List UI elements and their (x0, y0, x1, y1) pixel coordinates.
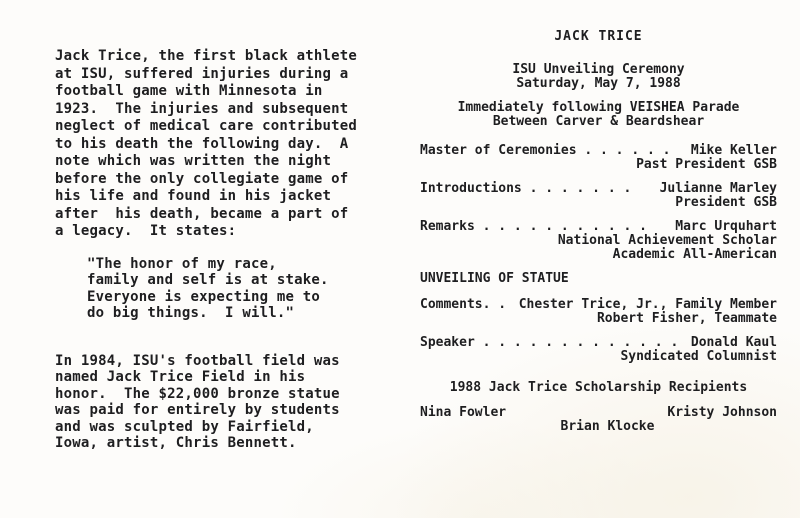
parade-note: Immediately following VEISHEA ParadeBetw… (420, 101, 777, 129)
dot-leader: . . . . . . . (522, 182, 632, 196)
text-line: President GSB (420, 196, 777, 210)
text-line: Immediately following VEISHEA Parade (420, 101, 777, 115)
entry-line: Comments. . Chester Trice, Jr., Family M… (420, 298, 777, 312)
text-line: named Jack Trice Field in his (55, 369, 403, 386)
entry-subtitles: Robert Fisher, Teammate (420, 312, 777, 326)
text-line: honor. The $22,000 bronze statue (55, 386, 403, 403)
recipient-name-center: Brian Klocke (420, 420, 777, 434)
section-heading-unveiling: UNVEILING OF STATUE (420, 272, 777, 286)
program-entry-remarks: Remarks . . . . . . . . . . . Marc Urquh… (420, 220, 777, 262)
entry-name: Donald Kaul (683, 336, 777, 350)
text-line: National Achievement Scholar (420, 234, 777, 248)
intro-paragraph: Jack Trice, the first black athleteat IS… (55, 48, 403, 241)
text-line: neglect of medical care contributed (55, 118, 403, 136)
text-line: and was sculpted by Fairfield, (55, 419, 403, 436)
text-line: football game with Minnesota in (55, 83, 403, 101)
text-line: his life and found in his jacket (55, 188, 403, 206)
text-line: Robert Fisher, Teammate (420, 312, 777, 326)
entry-subtitles: National Achievement ScholarAcademic All… (420, 234, 777, 262)
entry-subtitles: Past President GSB (420, 158, 777, 172)
text-line: note which was written the night (55, 153, 403, 171)
text-line: Past President GSB (420, 158, 777, 172)
program-entry-comments: Comments. . Chester Trice, Jr., Family M… (420, 298, 777, 326)
text-line: Syndicated Columnist (420, 350, 777, 364)
ceremony-subtitle: ISU Unveiling CeremonySaturday, May 7, 1… (420, 63, 777, 91)
entry-label: Introductions (420, 182, 522, 196)
entry-label: Comments. (420, 298, 490, 312)
text-line: Between Carver & Beardshear (420, 115, 777, 129)
entry-line: Master of Ceremonies . . . . . . Mike Ke… (420, 144, 777, 158)
recipient-name-left: Nina Fowler (420, 406, 506, 420)
text-line: 1923. The injuries and subsequent (55, 101, 403, 119)
text-line: before the only collegiate game of (55, 171, 403, 189)
text-line: family and self is at stake. (87, 272, 403, 289)
entry-label: Speaker (420, 336, 475, 350)
text-line: In 1984, ISU's football field was (55, 353, 403, 370)
text-line: after his death, became a part of (55, 206, 403, 224)
program-title: JACK TRICE (420, 30, 777, 44)
text-line: at ISU, suffered injuries during a (55, 66, 403, 84)
trice-note-quote: "The honor of my race,family and self is… (87, 256, 403, 322)
entry-line: Introductions . . . . . . . Julianne Mar… (420, 182, 777, 196)
text-line: Everyone is expecting me to (87, 289, 403, 306)
scanned-program-page: Jack Trice, the first black athleteat IS… (0, 0, 800, 518)
entry-name: Mike Keller (683, 144, 777, 158)
statue-paragraph: In 1984, ISU's football field wasnamed J… (55, 353, 403, 452)
text-line: to his death the following day. A (55, 136, 403, 154)
entry-name: Julianne Marley (652, 182, 777, 196)
recipients-heading: 1988 Jack Trice Scholarship Recipients (420, 381, 777, 395)
text-line: "The honor of my race, (87, 256, 403, 273)
text-line: Iowa, artist, Chris Bennett. (55, 435, 403, 452)
recipients-row: Nina Fowler Kristy Johnson (420, 406, 777, 420)
text-line: ISU Unveiling Ceremony (420, 63, 777, 77)
entry-name: Chester Trice, Jr., Family Member (511, 298, 777, 312)
text-line: Academic All-American (420, 248, 777, 262)
entry-label: Remarks (420, 220, 475, 234)
dot-leader: . . . . . . (577, 144, 671, 158)
entry-subtitles: President GSB (420, 196, 777, 210)
program-entry-master-of-ceremonies: Master of Ceremonies . . . . . . Mike Ke… (420, 144, 777, 172)
program-entry-introductions: Introductions . . . . . . . Julianne Mar… (420, 182, 777, 210)
text-line: Jack Trice, the first black athlete (55, 48, 403, 66)
dot-leader: . . . . . . . . . . . (475, 220, 647, 234)
entry-name: Marc Urquhart (667, 220, 777, 234)
text-line: do big things. I will." (87, 305, 403, 322)
dot-leader: . . . . . . . . . . . . . (475, 336, 678, 350)
dot-leader: . (490, 298, 506, 312)
entry-line: Speaker . . . . . . . . . . . . . Donald… (420, 336, 777, 350)
entry-subtitles: Syndicated Columnist (420, 350, 777, 364)
entry-label: Master of Ceremonies (420, 144, 577, 158)
right-column: JACK TRICE ISU Unveiling CeremonySaturda… (420, 30, 777, 434)
program-entries: Master of Ceremonies . . . . . . Mike Ke… (420, 144, 777, 364)
text-line: Saturday, May 7, 1988 (420, 77, 777, 91)
text-line: was paid for entirely by students (55, 402, 403, 419)
recipient-name-right: Kristy Johnson (667, 406, 777, 420)
program-entry-speaker: Speaker . . . . . . . . . . . . . Donald… (420, 336, 777, 364)
text-line: a legacy. It states: (55, 223, 403, 241)
left-column: Jack Trice, the first black athleteat IS… (55, 48, 403, 452)
entry-line: Remarks . . . . . . . . . . . Marc Urquh… (420, 220, 777, 234)
